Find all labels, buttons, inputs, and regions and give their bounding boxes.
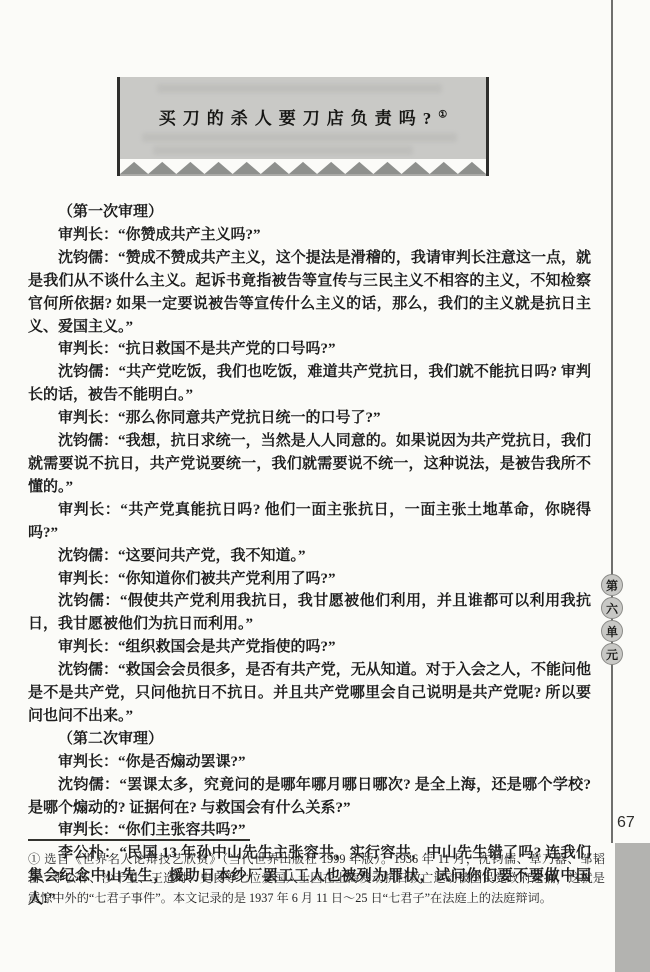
paragraph-dialogue: 沈钧儒：“我想，抗日求统一，当然是人人同意的。如果说因为共产党抗日，我们就需要说… [28,430,591,499]
lesson-title-box: 买刀的杀人要刀店负责吗?① [117,77,489,176]
footnote-marker: ① [438,109,447,120]
paragraph-stage-note: （第一次审理） [28,201,591,224]
unit-label-char: 第 [601,574,623,596]
textbook-page: { "title_box": { "title": "买刀的杀人要刀店负责吗?"… [0,0,650,972]
paragraph-dialogue: 沈钧儒：“赞成不赞成共产主义，这个提法是滑稽的，我请审判长注意这一点，就是我们从… [28,247,591,339]
paragraph-dialogue: 审判长：“你赞成共产主义吗?” [28,224,591,247]
lesson-title-text: 买刀的杀人要刀店负责吗? [159,109,439,128]
paragraph-stage-note: （第二次审理） [28,728,591,751]
ghost-texture [142,133,457,142]
unit-label-char: 元 [601,643,623,665]
paragraph-dialogue: 沈钧儒：“共产党吃饭，我们也吃饭，难道共产党抗日，我们就不能抗日吗? 审判长的话… [28,361,591,407]
title-box-background: 买刀的杀人要刀店负责吗?① [120,77,486,159]
unit-label: 第 六 单 元 [601,574,623,665]
paragraph-dialogue: 审判长：“组织救国会是共产党指使的吗?” [28,636,591,659]
footnote-divider [28,839,250,841]
paragraph-dialogue: 审判长：“那么你同意共产党抗日统一的口号了?” [28,407,591,430]
paragraph-dialogue: 审判长：“你知道你们被共产党利用了吗?” [28,568,591,591]
paragraph-dialogue: 沈钧儒：“假使共产党利用我抗日，我甘愿被他们利用，并且谁都可以利用我抗日，我甘愿… [28,590,591,636]
page-number: 67 [617,814,647,832]
footnote-text: ① 选自《世界名人论辩技艺欣赏》（当代世界出版社 1999 年版）。1936 年… [28,850,605,908]
unit-label-char: 单 [601,620,623,642]
page-edge-rule [611,0,613,843]
torn-edge-zigzag [120,159,486,174]
lesson-body: （第一次审理） 审判长：“你赞成共产主义吗?” 沈钧儒：“赞成不赞成共产主义，这… [28,201,591,911]
paragraph-dialogue: 审判长：“共产党真能抗日吗? 他们一面主张抗日，一面主张土地革命，你晓得吗?” [28,499,591,545]
paragraph-dialogue: 沈钧儒：“罢课太多，究竟问的是哪年哪月哪日哪次? 是全上海，还是哪个学校? 是哪… [28,774,591,820]
unit-label-char: 六 [601,597,623,619]
paragraph-dialogue: 审判长：“抗日救国不是共产党的口号吗?” [28,338,591,361]
title-box-bottom-rule [120,174,486,176]
paragraph-dialogue: 沈钧儒：“救国会会员很多，是否有共产党，无从知道。对于入会之人，不能问他是不是共… [28,659,591,728]
paragraph-dialogue: 审判长：“你是否煽动罢课?” [28,751,591,774]
lesson-title: 买刀的杀人要刀店负责吗?① [120,77,486,129]
ghost-texture [153,146,413,155]
unit-thumb-index-block [615,843,650,972]
paragraph-dialogue: 沈钧儒：“这要问共产党，我不知道。” [28,545,591,568]
